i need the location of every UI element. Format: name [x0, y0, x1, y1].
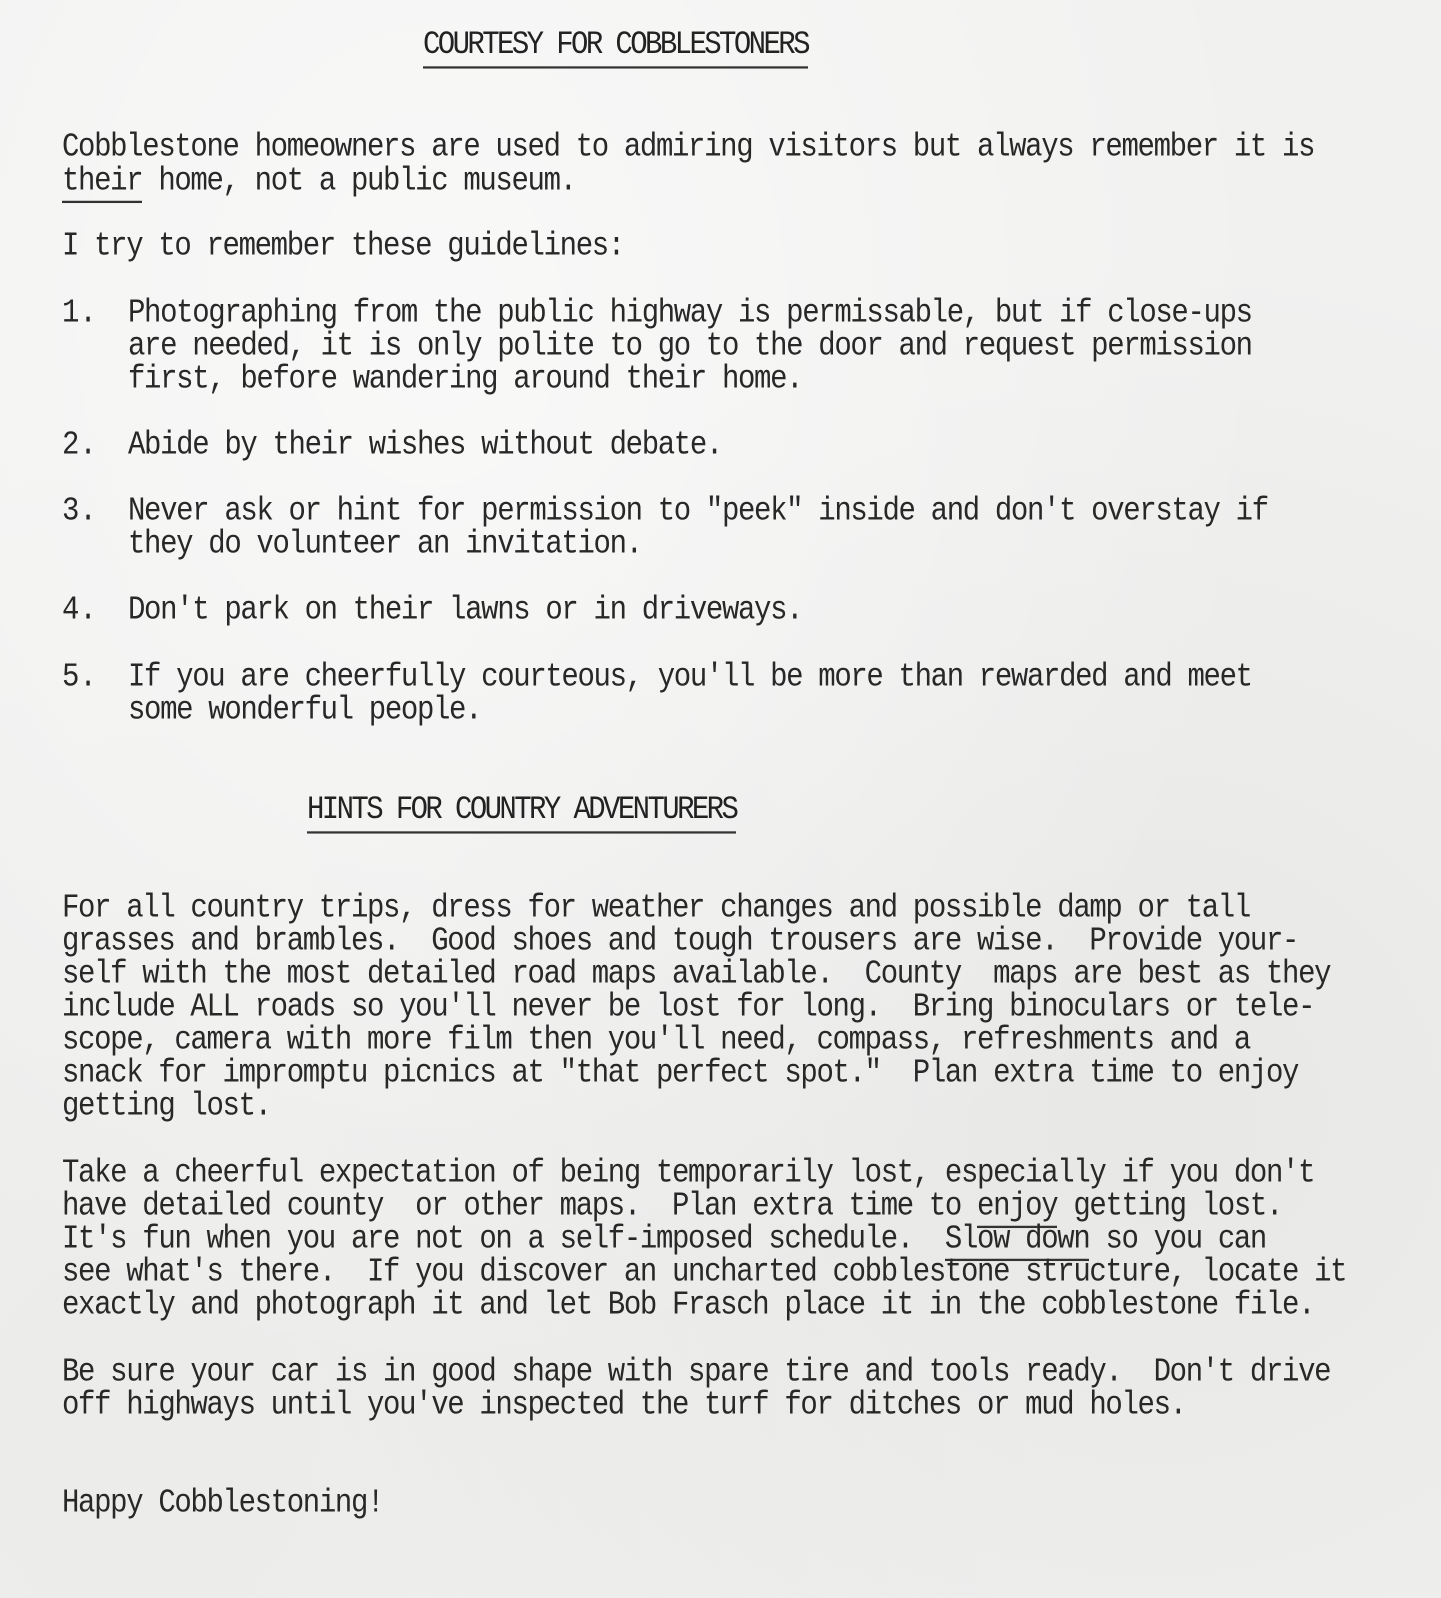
guideline-number: 5. — [62, 658, 97, 696]
guideline-number: 3. — [62, 492, 97, 530]
text-span: have detailed county or other maps. Plan… — [62, 1187, 977, 1225]
guideline-number: 4. — [62, 591, 97, 629]
paragraph-line: scope, camera with more film then you'll… — [62, 1021, 1250, 1059]
paragraph-line: off highways until you've inspected the … — [62, 1386, 1186, 1424]
emphasis-their: their — [62, 162, 142, 203]
guideline-line: Photographing from the public highway is… — [128, 294, 1252, 332]
intro-line-2-rest: home, not a public museum. — [142, 162, 575, 200]
paragraph-line: Take a cheerful expectation of being tem… — [62, 1154, 1314, 1192]
section-title-hints: HINTS FOR COUNTRY ADVENTURERS — [307, 791, 736, 834]
guideline-line: Don't park on their lawns or in driveway… — [128, 591, 802, 629]
paragraph-line: It's fun when you are not on a self-impo… — [62, 1220, 1266, 1258]
guideline-number: 2. — [62, 426, 97, 464]
paragraph-line: include ALL roads so you'll never be los… — [62, 988, 1314, 1026]
paragraph-line: snack for impromptu picnics at "that per… — [62, 1054, 1298, 1092]
closing-line: Happy Cobblestoning! — [62, 1484, 383, 1522]
guideline-line: If you are cheerfully courteous, you'll … — [128, 658, 1252, 696]
guideline-line: first, before wandering around their hom… — [128, 360, 802, 398]
paragraph-line: Be sure your car is in good shape with s… — [62, 1353, 1330, 1391]
guideline-line: are needed, it is only polite to go to t… — [128, 327, 1252, 365]
text-span: It's fun when you are not on a self-impo… — [62, 1220, 945, 1258]
text-span: getting lost. — [1057, 1187, 1282, 1225]
paragraph-line: For all country trips, dress for weather… — [62, 889, 1250, 927]
guidelines-lead: I try to remember these guidelines: — [62, 227, 624, 265]
paragraph-line: exactly and photograph it and let Bob Fr… — [62, 1286, 1314, 1324]
section-title-courtesy: COURTESY FOR COBBLESTONERS — [423, 26, 808, 69]
paragraph-line: see what's there. If you discover an unc… — [62, 1253, 1346, 1291]
guideline-line: Never ask or hint for permission to "pee… — [128, 492, 1268, 530]
intro-line-2: their home, not a public museum. — [62, 162, 576, 200]
guideline-line: they do volunteer an invitation. — [128, 525, 642, 563]
paragraph-line: self with the most detailed road maps av… — [62, 955, 1330, 993]
paragraph-line: getting lost. — [62, 1087, 271, 1125]
guideline-line: some wonderful people. — [128, 691, 481, 729]
guideline-number: 1. — [62, 294, 97, 332]
guideline-line: Abide by their wishes without debate. — [128, 426, 722, 464]
paragraph-line: have detailed county or other maps. Plan… — [62, 1187, 1282, 1225]
intro-line-1: Cobblestone homeowners are used to admir… — [62, 128, 1314, 166]
paragraph-line: grasses and brambles. Good shoes and tou… — [62, 922, 1298, 960]
text-span: so you can — [1089, 1220, 1266, 1258]
document-page: COURTESY FOR COBBLESTONERS Cobblestone h… — [0, 0, 1441, 1598]
